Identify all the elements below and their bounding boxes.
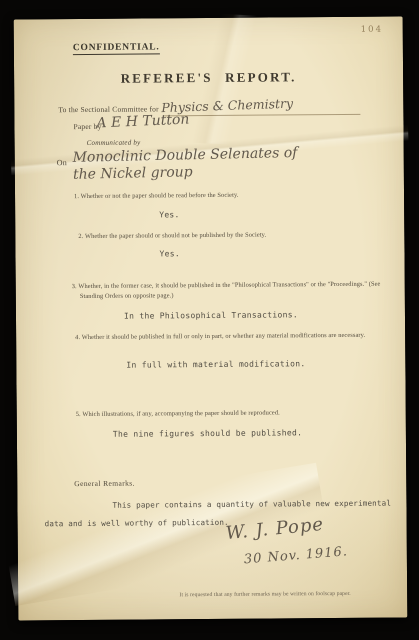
question-3: 3. Whether, in the former case, it shoul… — [72, 280, 382, 301]
answer-4: In full with material modification. — [126, 359, 305, 369]
page-title: REFEREE'S REPORT. — [14, 68, 403, 87]
paper-title-handwritten-value: Monoclinic Double Selenates of the Nicke… — [72, 144, 325, 183]
committee-rule-line — [164, 114, 360, 117]
question-2: 2. Whether the paper should or should no… — [78, 230, 316, 241]
page-number: 104 — [361, 25, 383, 35]
question-1: 1. Whether or not the paper should be re… — [74, 190, 307, 201]
answer-1: Yes. — [159, 210, 180, 219]
confidential-stamp: CONFIDENTIAL. — [73, 42, 160, 55]
footer-instruction-note: It is requested that any further remarks… — [146, 591, 384, 599]
question-4: 4. Whether it should be published in ful… — [75, 331, 383, 343]
question-5: 5. Which illustrations, if any, accompan… — [76, 408, 324, 419]
communicated-by-label: Communicated by — [87, 139, 141, 147]
paper-title-label: On — [57, 158, 67, 167]
signature-date: 30 Nov. 1916. — [243, 544, 348, 567]
general-remarks-text: This paper contains a quantity of valuab… — [44, 495, 396, 534]
answer-2: Yes. — [159, 249, 180, 258]
photo-background: { "page": { "page_number": "104", "confi… — [0, 0, 419, 640]
referee-report-page: 104 CONFIDENTIAL. REFEREE'S REPORT. To t… — [14, 16, 408, 620]
answer-3: In the Philosophical Transactions. — [124, 310, 298, 320]
general-remarks-label: General Remarks. — [74, 479, 135, 488]
author-handwritten-value: A E H Tutton — [96, 112, 190, 132]
answer-5: The nine figures should be published. — [113, 428, 302, 438]
